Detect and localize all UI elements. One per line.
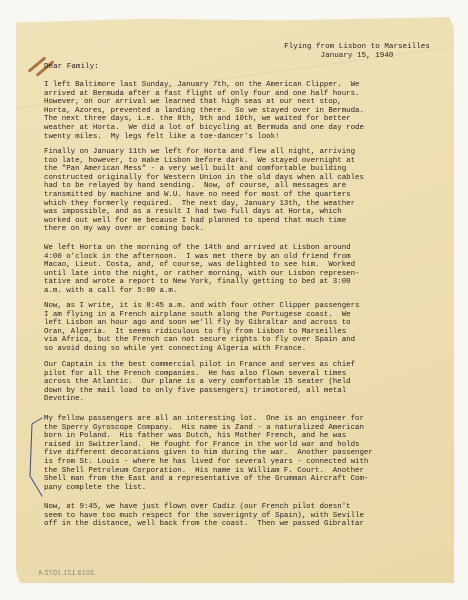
paragraph-2: Finally on January 11th we left for Hort… — [44, 148, 364, 234]
paragraph-5: Our Captain is the best commercial pilot… — [44, 361, 355, 404]
paragraph-3: We left Horta on the morning of the 14th… — [44, 244, 359, 296]
margin-bracket-mark — [26, 416, 46, 498]
heading-place: Flying from Lisbon to Marseilles — [272, 43, 442, 52]
accession-number: 2019.121.1072.4 — [38, 570, 94, 577]
paragraph-6: My fellow passengers are all an interest… — [44, 415, 373, 492]
salutation: Dear Family: — [44, 63, 99, 72]
paragraph-4: Now, as I write, it is 8:45 a.m. and wit… — [44, 302, 359, 354]
letter-heading: Flying from Lisbon to MarseillesJanuary … — [272, 43, 442, 60]
heading-date: January 15, 1940 — [272, 52, 442, 61]
paragraph-7: Now, at 9:45, we have just flown over Ca… — [44, 503, 364, 529]
paragraph-1: I left Baltimore last Sunday, January 7t… — [44, 81, 364, 141]
